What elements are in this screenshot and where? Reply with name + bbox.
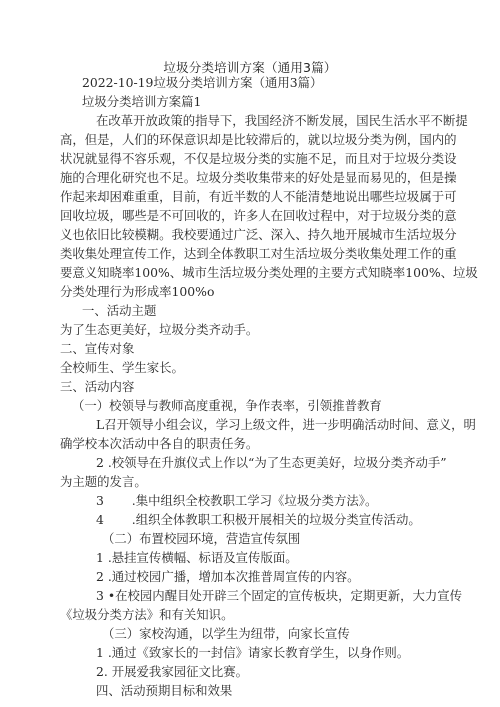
audience-text: 全校师生、学生家长。	[60, 360, 184, 376]
item-number: 3	[96, 493, 104, 508]
subsection-1-item-3: 3 .集中组织全校教职工学习《垃圾分类方法》。	[96, 493, 377, 509]
paragraph-line: 要意义知晓率100%、城市生活垃圾分类处理的主要方式知晓率100%、垃圾	[60, 265, 478, 281]
theme-heading: 一、活动主题	[82, 303, 156, 319]
paragraph-line: 状况就显得不容乐观，不仅是垃圾分类的实施不足，而且对于垃圾分类设	[60, 151, 457, 167]
subsection-1-item-1-line-1: L召开领导小组会议，学习上级文件，进一步明确活动时间、意义，明	[96, 417, 476, 433]
subsection-1-item-2-line-1: 2 .校领导在升旗仪式上作以“为了生态更美好，垃圾分类齐动手”	[96, 455, 447, 471]
paragraph-line: 高，但是，人们的环保意识却是比较滞后的，就以垃圾分类为例，国内的	[60, 132, 457, 148]
subsection-1-item-4: 4 .组织全体教职工积极开展相关的垃圾分类宣传活动。	[96, 512, 421, 528]
subsection-1-item-1-line-2: 确学校本次活动中各自的职责任务。	[60, 436, 258, 452]
item-text: .集中组织全校教职工学习《垃圾分类方法》。	[132, 493, 378, 508]
paragraph-line: 作起来却困难重重，目前，有近半数的人不能清楚地说出哪些垃圾属于可	[60, 189, 457, 205]
goals-heading: 四、活动预期目标和效果	[96, 683, 232, 699]
meta-line: 2022-10-19垃圾分类培训方案（通用3篇）	[82, 75, 322, 91]
item-number: 4	[96, 512, 104, 527]
audience-heading: 二、宣传对象	[60, 341, 134, 357]
subsection-2-item-3-line-2: 《垃圾分类方法》和有关知识。	[60, 607, 233, 623]
document-title: 垃圾分类培训方案（通用3篇）	[0, 58, 500, 76]
paragraph-line: 施的合理化研究也不足。垃圾分类收集带来的好处是显而易见的，但是操	[60, 170, 457, 186]
content-heading: 三、活动内容	[60, 379, 134, 395]
section-heading: 垃圾分类培训方案篇1	[82, 94, 201, 110]
paragraph-line: 义也依旧比较模糊。我校要通过广泛、深入、持久地开展城市生活垃圾分	[60, 227, 457, 243]
theme-text: 为了生态更美好，垃圾分类齐动手。	[60, 322, 258, 338]
document-page: 垃圾分类培训方案（通用3篇） 2022-10-19垃圾分类培训方案（通用3篇） …	[0, 0, 500, 707]
subsection-2-item-1: 1 .悬挂宣传横幅、标语及宣传版面。	[96, 550, 298, 566]
subsection-2-heading: （二）布置校园环境，营造宣传氛围	[102, 531, 300, 547]
subsection-3-heading: （三）家校沟通，以学生为纽带，向家长宣传	[102, 626, 350, 642]
paragraph-line: 分类处理行为形成率100%o	[60, 284, 214, 300]
subsection-3-item-1: 1 .通过《致家长的一封信》请家长教育学生，以身作则。	[96, 645, 409, 661]
subsection-2-item-3-line-1: 3 •在校园内醒目处开辟三个固定的宣传板块，定期更新，大力宣传	[96, 588, 462, 604]
paragraph-line: 类收集处理宣传工作，达到全体教职工对生活垃圾分类收集处理工作的重	[60, 246, 457, 262]
paragraph-line: 回收垃圾，哪些是不可回收的，许多人在回收过程中，对于垃圾分类的意	[60, 208, 457, 224]
subsection-2-item-2: 2 .通过校园广播，增加本次推普周宣传的内容。	[96, 569, 360, 585]
subsection-1-item-2-line-2: 为主题的发言。	[60, 474, 147, 490]
paragraph-line: 在改革开放政策的指导下，我国经济不断发展，国民生活水平不断提	[96, 113, 468, 129]
subsection-1-heading: （一）校领导与教师高度重视，争作表率，引领推普教育	[72, 398, 382, 414]
item-text: .组织全体教职工积极开展相关的垃圾分类宣传活动。	[132, 512, 421, 527]
subsection-3-item-2: 2. 开展爱我家园征文比赛。	[96, 664, 248, 680]
